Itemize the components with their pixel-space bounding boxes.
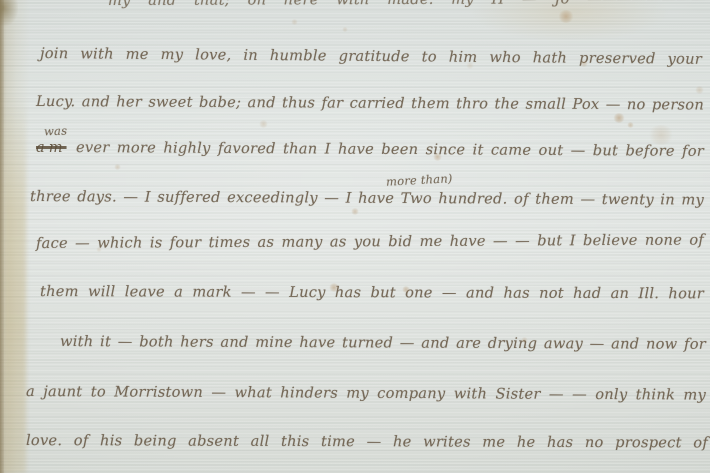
stain-spot bbox=[329, 283, 339, 292]
paper-left-edge-stain bbox=[4, 96, 26, 473]
letter-line: with it — both hers and mine have turned… bbox=[60, 332, 706, 355]
stain-spot bbox=[648, 125, 674, 145]
stain-spot bbox=[291, 19, 298, 25]
inserted-word-was: was bbox=[44, 124, 68, 139]
stain-spot bbox=[351, 208, 359, 215]
stain-spot bbox=[433, 153, 442, 161]
stain-spot bbox=[466, 62, 474, 69]
inserted-phrase-more-than: more than) bbox=[386, 171, 453, 188]
stain-spot bbox=[402, 286, 410, 293]
letter-line: join with me my love, in humble gratitud… bbox=[40, 44, 702, 70]
stain-spot bbox=[580, 60, 588, 67]
letter-page: my and that; on here with made. my H — J… bbox=[0, 0, 710, 473]
paper-top-stain bbox=[470, 0, 670, 42]
stain-spot bbox=[96, 247, 102, 252]
letter-line: them will leave a mark — — Lucy has but … bbox=[40, 282, 704, 304]
paper-corner-stain bbox=[0, 0, 18, 26]
letter-line: a jaunt to Morristown — what hinders my … bbox=[26, 382, 706, 406]
letter-line: face — which is four times as many as yo… bbox=[36, 231, 704, 254]
letter-line: love. of his being absent all this time … bbox=[26, 431, 708, 453]
letter-line: Lucy. and her sweet babe; and thus far c… bbox=[36, 92, 704, 115]
struck-out-word: am bbox=[36, 139, 67, 156]
stain-spot bbox=[627, 122, 634, 128]
letter-line: three days. — I suffered exceedingly — I… bbox=[30, 187, 704, 211]
stain-spot bbox=[613, 113, 625, 123]
stain-spot bbox=[695, 86, 704, 94]
stain-spot bbox=[342, 27, 348, 32]
letter-line: ever more highly favored than I have bee… bbox=[76, 138, 704, 162]
stain-spot bbox=[114, 164, 121, 170]
stain-spot bbox=[521, 337, 528, 343]
stain-spot bbox=[259, 120, 268, 128]
